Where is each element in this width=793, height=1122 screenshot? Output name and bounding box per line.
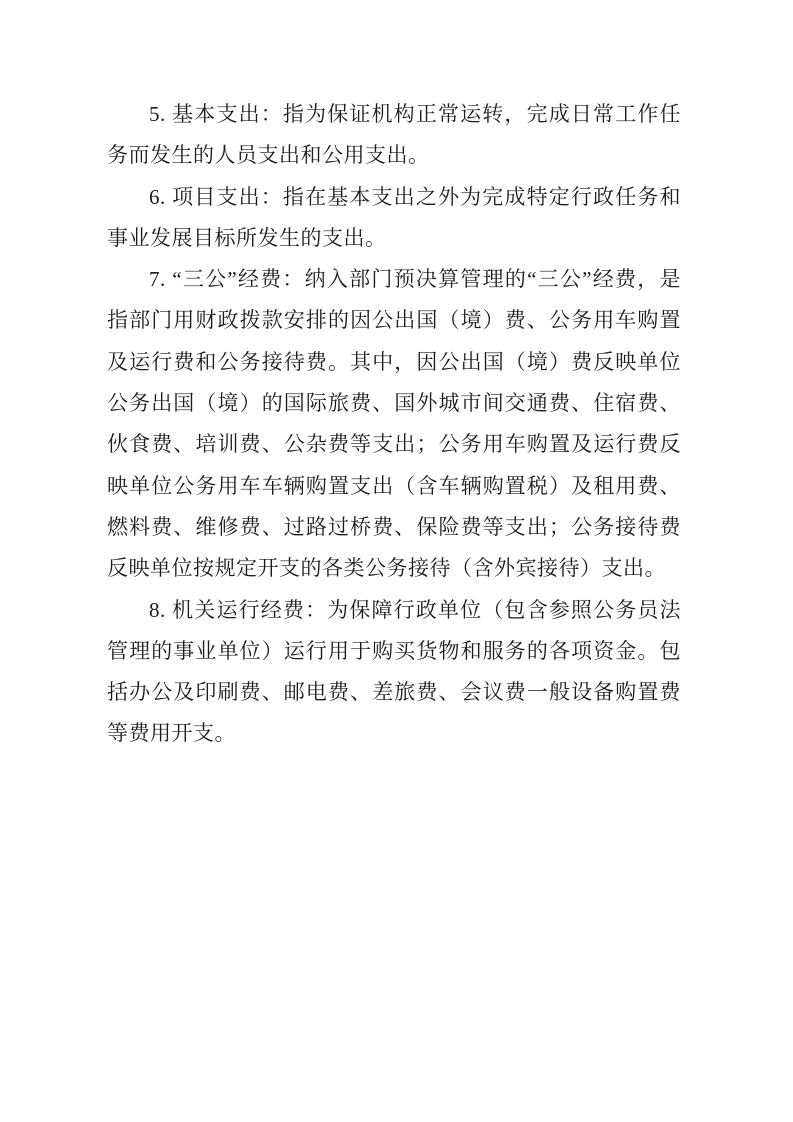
paragraph-basic-expenditure: 5. 基本支出：指为保证机构正常运转，完成日常工作任务而发生的人员支出和公用支出…: [107, 94, 681, 177]
document-text-block: 5. 基本支出：指为保证机构正常运转，完成日常工作任务而发生的人员支出和公用支出…: [107, 94, 681, 755]
paragraph-three-public-funds: 7. “三公”经费：纳入部门预决算管理的“三公”经费，是指部门用财政拨款安排的因…: [107, 259, 681, 589]
document-page: 5. 基本支出：指为保证机构正常运转，完成日常工作任务而发生的人员支出和公用支出…: [0, 0, 793, 1122]
paragraph-agency-operating-funds: 8. 机关运行经费：为保障行政单位（包含参照公务员法管理的事业单位）运行用于购买…: [107, 590, 681, 755]
paragraph-project-expenditure: 6. 项目支出：指在基本支出之外为完成特定行政任务和事业发展目标所发生的支出。: [107, 177, 681, 260]
